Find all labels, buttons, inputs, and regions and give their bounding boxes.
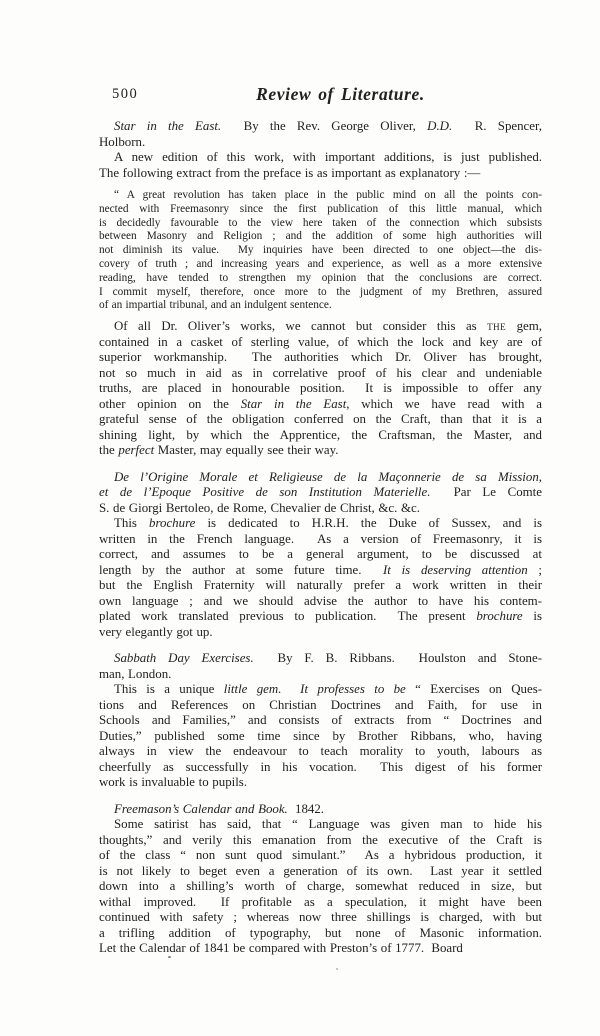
text-line: Freemason’s Calendar and Book. 1842. [99,802,542,818]
entry-sabbath-day-exercises: Sabbath Day Exercises. By F. B. Ribbans.… [99,651,542,682]
text-line: tions and References on Christian Doctri… [99,698,542,714]
entry-de-l-origine: De l’Origine Morale et Religieuse de la … [99,470,542,517]
text-line: truths, are placed in honourable positio… [99,381,542,397]
text-line: nected with Freemasonry since the first … [99,203,542,217]
text-line: down into a shilling’s worth of charge, … [99,879,542,895]
para-new-edition: A new edition of this work, with importa… [99,150,542,181]
text-line: reading, have tended to strengthen my op… [99,272,542,286]
para-review-sabbath-day: This is a unique little gem. It professe… [99,682,542,791]
text-line: shining light, by which the Apprentice, … [99,428,542,444]
text-line: grateful sense of the obligation conferr… [99,412,542,428]
entry-freemasons-calendar: Freemason’s Calendar and Book. 1842. [99,802,542,818]
quote-preface-extract: “ A great revolution has taken place in … [99,189,542,313]
text-line: other opinion on the Star in the East, w… [99,397,542,413]
text-line: This is a unique little gem. It professe… [99,682,542,698]
text-line: is not likely to beget even a generation… [99,864,542,880]
text-line: the perfect Master, may equally see thei… [99,443,542,459]
running-title: Review of Literature. [119,84,562,105]
text-line: thoughts,” and verily this emanation fro… [99,833,542,849]
text-line: The following extract from the preface i… [99,166,542,182]
text-line: plated work translated previous to publi… [99,609,542,625]
text-line: I commit myself, therefore, once more to… [99,286,542,300]
para-review-star-in-the-east: Of all Dr. Oliver’s works, we cannot but… [99,319,542,459]
text-line: length by the author at some future time… [99,563,542,579]
text-line: own language ; and we should advise the … [99,594,542,610]
text-line: Holborn. [99,135,542,151]
text-line: between Masonry and Religion ; and the a… [99,230,542,244]
text-line: This brochure is dedicated to H.R.H. the… [99,516,542,532]
text-line: of an impartial tribunal, and an indulge… [99,299,542,313]
text-line: Of all Dr. Oliver’s works, we cannot but… [99,319,542,335]
text-line: is decidedly favourable to the view here… [99,217,542,231]
text-line: A new edition of this work, with importa… [99,150,542,166]
scanned-book-page: 500 Review of Literature. Star in the Ea… [0,0,600,1036]
text-line: et de l’Epoque Positive de son Instituti… [99,485,542,501]
page-header: 500 Review of Literature. [99,84,542,108]
text-line: De l’Origine Morale et Religieuse de la … [99,470,542,486]
scan-speck [168,956,171,958]
text-line: but the English Fraternity will naturall… [99,578,542,594]
text-line: continued with safety ; whereas now thre… [99,910,542,926]
text-line: man, London. [99,667,542,683]
text-line: of the class “ non sunt quod simulant.” … [99,848,542,864]
para-review-de-l-origine: This brochure is dedicated to H.R.H. the… [99,516,542,640]
text-line: Star in the East. By the Rev. George Oli… [99,119,542,135]
text-line: very elegantly got up. [99,625,542,641]
text-line: Some satirist has said, that “ Language … [99,817,542,833]
text-line: written in the French language. As a ver… [99,532,542,548]
text-blocks: Star in the East. By the Rev. George Oli… [99,119,542,957]
text-column: 500 Review of Literature. Star in the Ea… [99,84,542,957]
text-line: superior workmanship. The authorities wh… [99,350,542,366]
text-line: covery of truth ; and increasing years a… [99,258,542,272]
text-line: a trifling addition of typography, but n… [99,926,542,942]
text-line: correct, and assumes to be a general arg… [99,547,542,563]
text-line: cheerfully as successfully in his vocati… [99,760,542,776]
text-line: Sabbath Day Exercises. By F. B. Ribbans.… [99,651,542,667]
text-line: not diminish its value. My inquiries hav… [99,244,542,258]
text-line: “ A great revolution has taken place in … [99,189,542,203]
text-line: Let the Calendar of 1841 be compared wit… [99,941,542,957]
scan-speck [336,968,338,970]
text-line: S. de Giorgi Bertoleo, de Rome, Chevalie… [99,501,542,517]
text-line: not so much in aid as in correlative pro… [99,366,542,382]
text-line: Schools and Families,” and consists of e… [99,713,542,729]
text-line: Duties,” published some time since by Br… [99,729,542,745]
text-line: contained in a casket of sterling value,… [99,335,542,351]
text-line: withal improved. If profitable as a spec… [99,895,542,911]
para-review-freemasons-calendar: Some satirist has said, that “ Language … [99,817,542,957]
entry-star-in-the-east: Star in the East. By the Rev. George Oli… [99,119,542,150]
text-line: always in view the endeavour to teach mo… [99,744,542,760]
text-line: work is invaluable to pupils. [99,775,542,791]
